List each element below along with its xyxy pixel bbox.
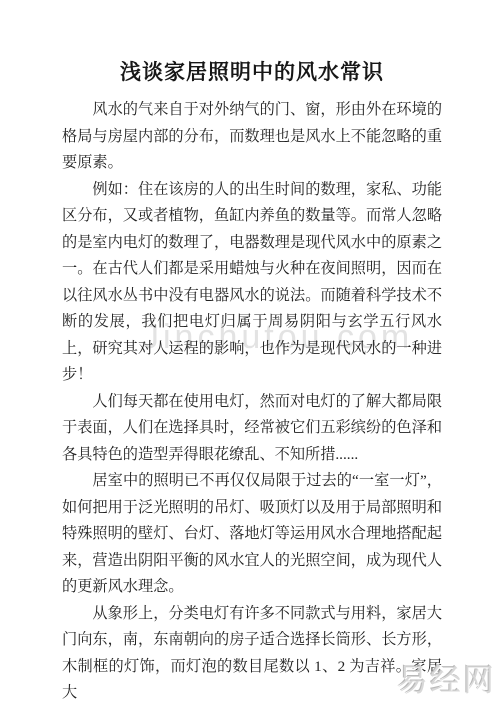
site-logo-watermark: 易经网 [397, 655, 496, 700]
document-content: 浅谈家居照明中的风水常识 风水的气来自于对外纳气的门、窗，形由外在环境的格局与房… [62, 58, 442, 707]
paragraph: 例如：住在该房的人的出生时间的数理，家私、功能区分布，又或者植物，鱼缸内养鱼的数… [62, 177, 442, 389]
paragraph: 居室中的照明已不再仅仅局限于过去的“一室一灯”，如何把用于泛光照明的吊灯、吸顶灯… [62, 468, 442, 601]
paragraph: 从象形上，分类电灯有许多不同款式与用料，家居大门向东，南，东南朝向的房子适合选择… [62, 601, 442, 707]
document-body: 风水的气来自于对外纳气的门、窗，形由外在环境的格局与房屋内部的分布，而数理也是风… [62, 97, 442, 707]
document-page: Jinchutou.com 浅谈家居照明中的风水常识 风水的气来自于对外纳气的门… [0, 0, 500, 708]
paragraph: 人们每天都在使用电灯，然而对电灯的了解大都局限于表面，人们在选择具时，经常被它们… [62, 389, 442, 469]
page-title: 浅谈家居照明中的风水常识 [62, 58, 442, 87]
paragraph: 风水的气来自于对外纳气的门、窗，形由外在环境的格局与房屋内部的分布，而数理也是风… [62, 97, 442, 177]
